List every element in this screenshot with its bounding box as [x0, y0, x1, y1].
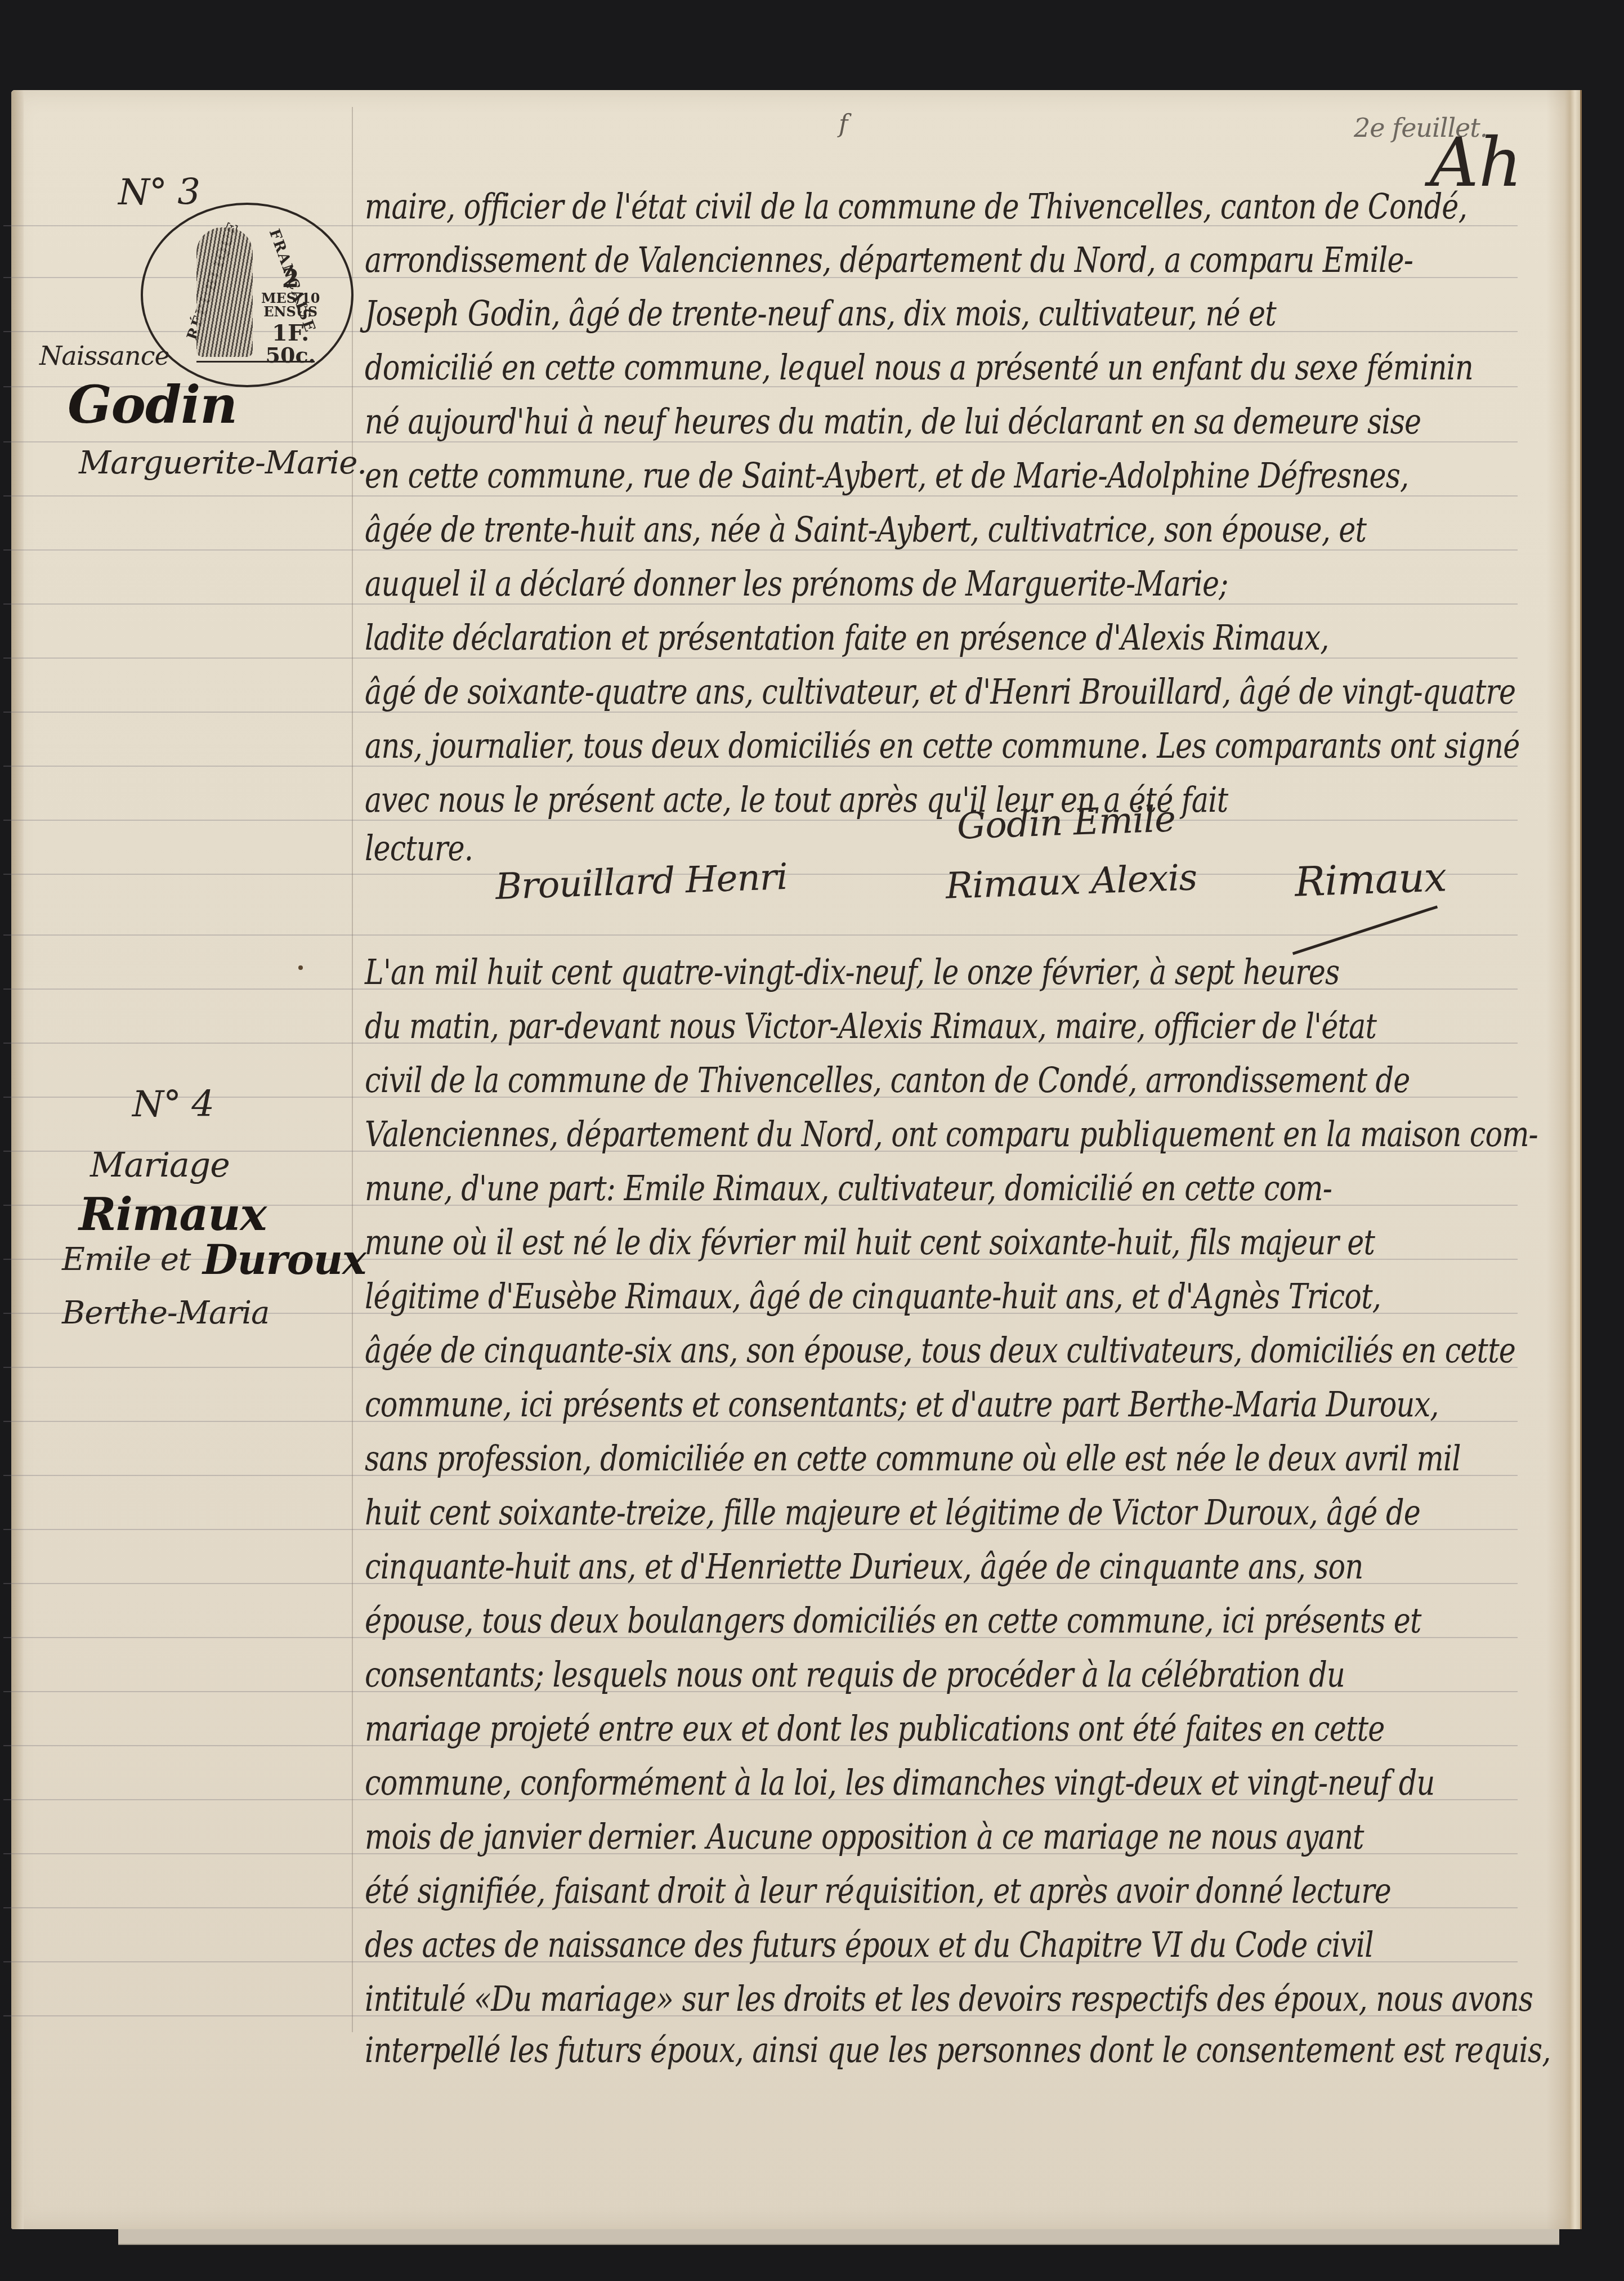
body-line: arrondissement de Valenciennes, départem… [365, 239, 1413, 280]
ink-spot [298, 965, 303, 970]
stamp-price-franc: 1F. [261, 322, 320, 345]
body-line: L'an mil huit cent quatre-vingt-dix-neuf… [365, 951, 1339, 992]
justice-figure-icon [196, 227, 253, 357]
body-line: Valenciennes, département du Nord, ont c… [365, 1113, 1538, 1155]
tax-stamp: RÉPUBLIQUE FRANÇAISE 2 MES/10 ENSUS 1F. … [141, 203, 354, 387]
page-edge [1546, 90, 1582, 2229]
body-line: consentants; lesquels nous ont requis de… [365, 1654, 1345, 1695]
body-line: mariage projeté entre eux et dont les pu… [365, 1708, 1385, 1749]
body-line: ladite déclaration et présentation faite… [365, 617, 1328, 658]
margin-rule [352, 107, 353, 2032]
body-line: interpellé les futurs époux, ainsi que l… [365, 2029, 1551, 2070]
entry-4-bride-surname: Duroux [203, 1236, 366, 1283]
body-line: ans, journalier, tous deux domiciliés en… [365, 725, 1519, 766]
body-line: Joseph Godin, âgé de trente-neuf ans, di… [365, 293, 1276, 334]
body-line: lecture. [365, 828, 473, 869]
stamp-value-label: ENSUS [261, 305, 320, 319]
body-line: été signifiée, faisant droit à leur réqu… [365, 1870, 1391, 1911]
entry-3-type: Naissance [39, 341, 169, 371]
underlying-page-edge [118, 2229, 1559, 2245]
body-line: domicilié en cette commune, lequel nous … [365, 347, 1473, 388]
body-line: né aujourd'hui à neuf heures du matin, d… [365, 401, 1421, 442]
body-line: âgée de trente-huit ans, née à Saint-Ayb… [365, 509, 1366, 550]
ruled-line [3, 934, 1518, 936]
body-line: maire, officier de l'état civil de la co… [365, 186, 1467, 227]
body-line: mune où il est né le dix février mil hui… [365, 1222, 1375, 1263]
stamp-values: 2 MES/10 ENSUS 1F. 50c. [261, 267, 320, 366]
entry-3-number: N° 3 [118, 172, 200, 213]
stamp-base-line [196, 361, 315, 363]
body-line: commune, conformément à la loi, les dima… [365, 1762, 1434, 1803]
stamp-price-cent: 50c. [261, 345, 320, 366]
entry-4-groom-surname: Rimaux [79, 1188, 266, 1241]
signature-mayor-rimaux: Rimaux [1294, 853, 1447, 905]
entry-3-surname: Godin [68, 374, 237, 435]
entry-4-number: N° 4 [132, 1084, 214, 1125]
entry-4-bride-given: Berthe-Maria [62, 1295, 270, 1331]
body-line: huit cent soixante-treize, fille majeure… [365, 1492, 1420, 1533]
entry-4-type: Mariage [90, 1146, 230, 1185]
entry-4-groom-given: Emile et [62, 1241, 190, 1278]
body-line: mois de janvier dernier. Aucune oppositi… [365, 1816, 1364, 1857]
body-line: auquel il a déclaré donner les prénoms d… [365, 563, 1228, 604]
body-line: civil de la commune de Thivencelles, can… [365, 1059, 1410, 1101]
body-line: épouse, tous deux boulangers domiciliés … [365, 1600, 1421, 1641]
body-line: intitulé «Du mariage» sur les droits et … [365, 1978, 1533, 2019]
body-line: mune, d'une part: Emile Rimaux, cultivat… [365, 1168, 1332, 1209]
body-line: en cette commune, rue de Saint-Aybert, e… [365, 455, 1408, 496]
body-line: légitime d'Eusèbe Rimaux, âgé de cinquan… [365, 1276, 1381, 1317]
body-line: commune, ici présents et consentants; et… [365, 1384, 1439, 1425]
signature-rimaux-alexis: Rimaux Alexis [945, 857, 1197, 907]
body-line: âgé de soixante-quatre ans, cultivateur,… [365, 671, 1515, 712]
stamp-value-main: 2 [282, 265, 299, 293]
body-line: cinquante-huit ans, et d'Henriette Durie… [365, 1546, 1363, 1587]
entry-3-given-names: Marguerite-Marie. [79, 445, 366, 481]
top-mark: f [839, 110, 847, 138]
body-line: âgée de cinquante-six ans, son épouse, t… [365, 1330, 1515, 1371]
signature-godin-emile: Godin Emile [956, 798, 1176, 847]
body-line: du matin, par-devant nous Victor-Alexis … [365, 1005, 1376, 1046]
body-line: des actes de naissance des futurs époux … [365, 1924, 1374, 1965]
body-line: sans profession, domiciliée en cette com… [365, 1438, 1461, 1479]
